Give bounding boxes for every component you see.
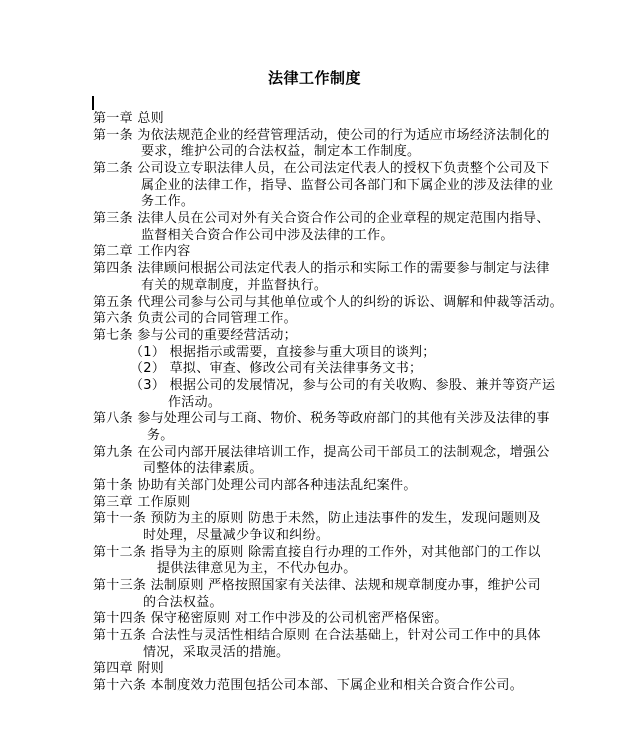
- article-line: 第五条 代理公司参与公司与其他单位或个人的纠纷的诉讼、调解和仲裁等活动。: [93, 295, 563, 311]
- document-page[interactable]: 法律工作制度 第一章 总则第一条 为依法规范企业的经营管理活动，使公司的行为适应…: [0, 0, 629, 752]
- article-line: 的合法权益。: [143, 595, 223, 611]
- article-line: 有关的规章制度，并监督执行。: [141, 278, 327, 294]
- chapter-heading: 第二章 工作内容: [93, 244, 191, 260]
- article-line: 司整体的法律素质。: [143, 461, 263, 477]
- article-line: 第八条 参与处理公司与工商、物价、税务等政府部门的其他有关涉及法律的事: [93, 411, 550, 427]
- article-line: 第十一条 预防为主的原则 防患于未然，防止违法事件的发生，发现问题则及: [93, 511, 541, 527]
- document-title: 法律工作制度: [0, 69, 629, 87]
- article-line: 第九条 在公司内部开展法律培训工作，提高公司干部员工的法制观念，增强公: [93, 445, 550, 461]
- article-line: 第十条 协助有关部门处理公司内部各种违法乱纪案件。: [93, 478, 417, 494]
- list-item: （3） 根据公司的发展情况，参与公司的有关收购、参股、兼并等资产运: [130, 378, 555, 394]
- article-line: 第十四条 保守秘密原则 对工作中涉及的公司机密严格保密。: [93, 611, 448, 627]
- article-line: 第十六条 本制度效力范围包括公司本部、下属企业和相关合资合作公司。: [93, 678, 523, 694]
- article-line: 第六条 负责公司的合同管理工作。: [93, 311, 297, 327]
- article-line: 监督相关合资合作公司中涉及法律的工作。: [141, 228, 394, 244]
- article-line: 务工作。: [141, 194, 194, 210]
- article-line: 第十二条 指导为主的原则 除需直接自行办理的工作外，对其他部门的工作以: [93, 545, 541, 561]
- chapter-heading: 第三章 工作原则: [93, 495, 191, 511]
- article-line: 第七条 参与公司的重要经营活动；: [93, 328, 297, 344]
- article-line: 时处理，尽量减少争议和纠纷。: [143, 528, 329, 544]
- list-item: （2） 草拟、审查、修改公司有关法律事务文书；: [130, 361, 422, 377]
- article-line: 第四条 法律顾问根据公司法定代表人的指示和实际工作的需要参与制定与法律: [93, 261, 550, 277]
- list-item: （1） 根据指示或需要，直接参与重大项目的谈判；: [130, 345, 436, 361]
- article-line: 第十三条 法制原则 严格按照国家有关法律、法规和规章制度办事，维护公司: [93, 578, 541, 594]
- article-line: 提供法律意见为主，不代办包办。: [157, 561, 357, 577]
- chapter-heading: 第四章 附则: [93, 661, 164, 677]
- text-cursor: [92, 96, 94, 110]
- article-line: 第十五条 合法性与灵活性相结合原则 在合法基础上，针对公司工作中的具体: [93, 628, 541, 644]
- article-line: 情况，采取灵活的措施。: [143, 645, 289, 661]
- article-line: 第三条 法律人员在公司对外有关合资合作公司的企业章程的规定范围内指导、: [93, 211, 550, 227]
- article-line: 要求，维护公司的合法权益，制定本工作制度。: [141, 144, 420, 160]
- article-line: 作活动。: [168, 395, 221, 411]
- article-line: 第二条 公司设立专职法律人员，在公司法定代表人的授权下负责整个公司及下: [93, 161, 550, 177]
- article-line: 第一条 为依法规范企业的经营管理活动，使公司的行为适应市场经济法制化的: [93, 128, 550, 144]
- article-line: 属企业的法律工作，指导、监督公司各部门和下属企业的涉及法律的业: [141, 178, 553, 194]
- article-line: 务。: [147, 428, 174, 444]
- chapter-heading: 第一章 总则: [93, 111, 164, 127]
